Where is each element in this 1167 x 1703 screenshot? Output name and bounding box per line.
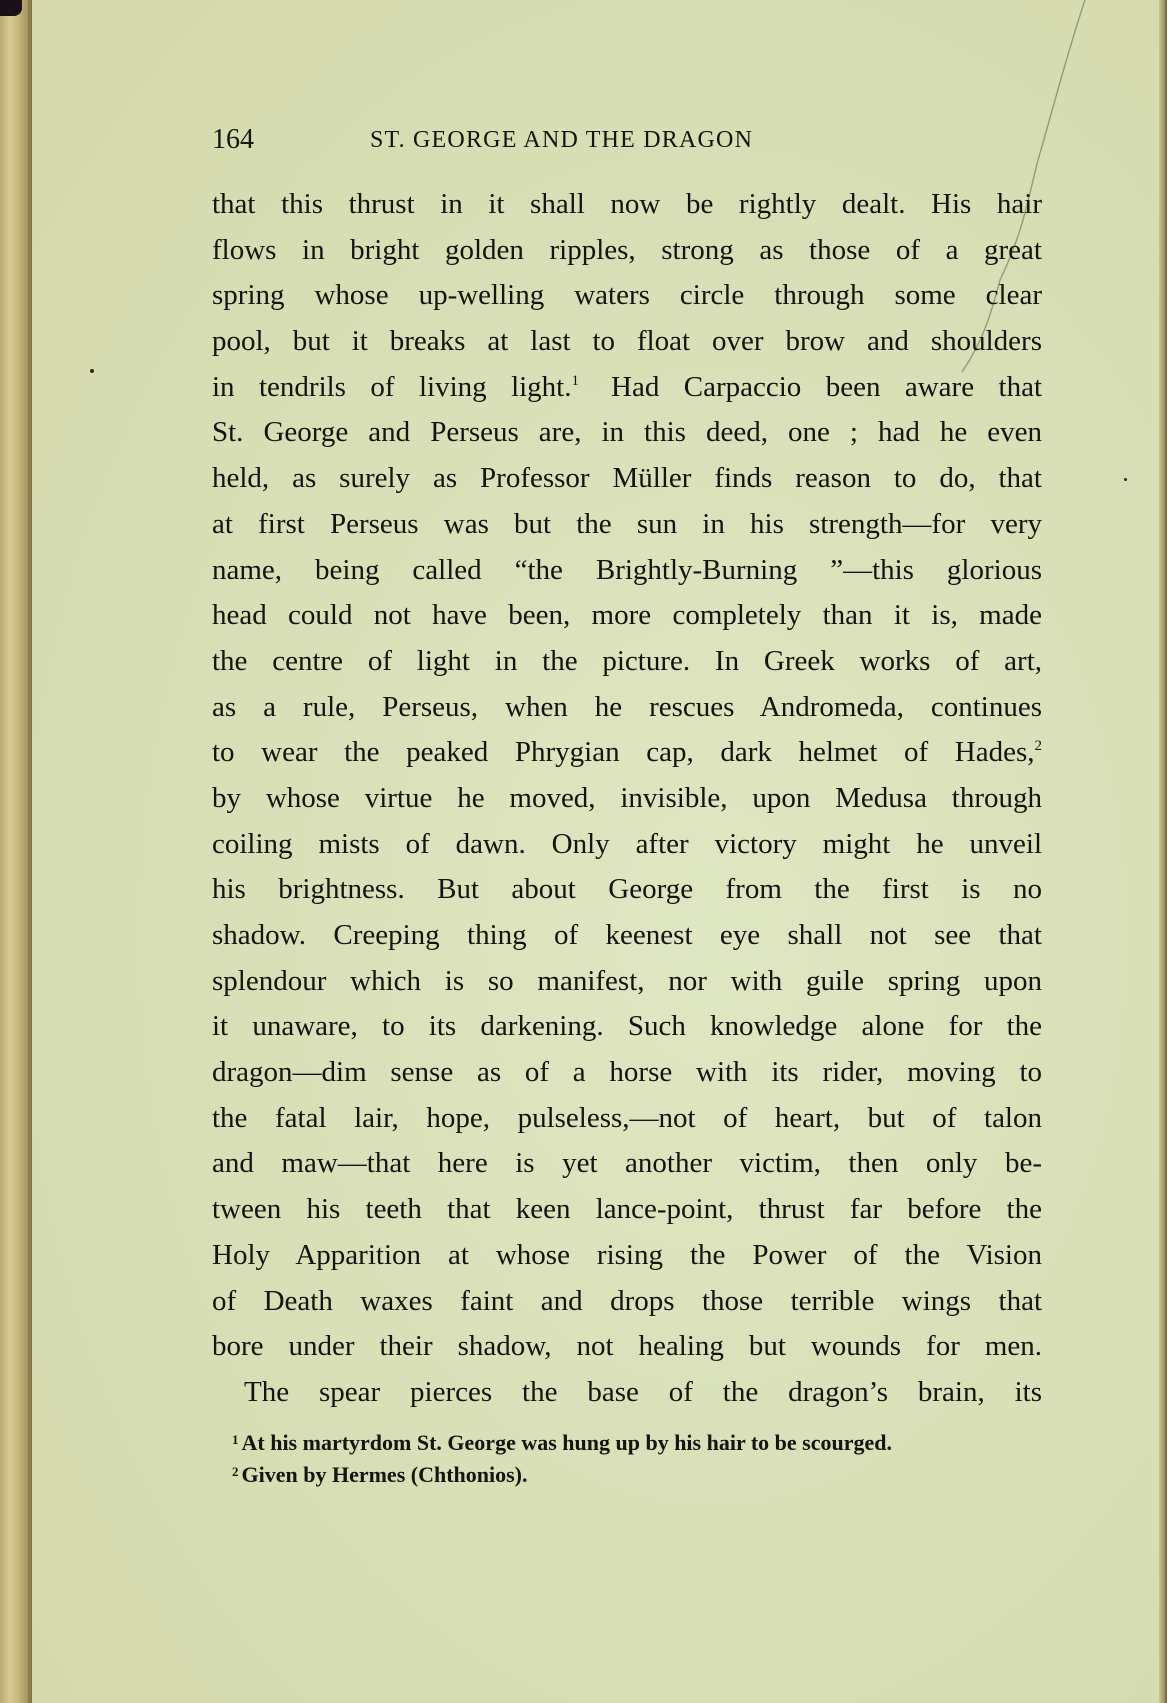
text-line: as a rule, Perseus, when he rescues Andr… bbox=[212, 685, 1042, 731]
text-line: splendour which is so manifest, nor with… bbox=[212, 959, 1042, 1005]
footnote-1: 1At his martyrdom St. George was hung up… bbox=[232, 1424, 1062, 1456]
footnote-mark: 2 bbox=[232, 1464, 239, 1479]
spine-shadow-line bbox=[28, 0, 31, 1703]
running-header: 164 ST. GEORGE AND THE DRAGON bbox=[212, 124, 972, 164]
text-line: it unaware, to its darkening. Such knowl… bbox=[212, 1004, 1042, 1050]
text-line: and maw—that here is yet another victim,… bbox=[212, 1141, 1042, 1187]
text-line: spring whose up-welling waters circle th… bbox=[212, 273, 1042, 319]
footnote-text: Given by Hermes (Chthonios). bbox=[242, 1462, 528, 1487]
body-text: that this thrust in it shall now be righ… bbox=[212, 182, 1042, 1416]
text-line: St. George and Perseus are, in this deed… bbox=[212, 410, 1042, 456]
text-line: his brightness. But about George from th… bbox=[212, 867, 1042, 913]
text-line: tween his teeth that keen lance-point, t… bbox=[212, 1187, 1042, 1233]
text-line: coiling mists of dawn. Only after victor… bbox=[212, 822, 1042, 868]
text-line: the fatal lair, hope, pulseless,—not of … bbox=[212, 1096, 1042, 1142]
footnote-ref-2[interactable]: 2 bbox=[1035, 738, 1043, 754]
text-line: flows in bright golden ripples, strong a… bbox=[212, 228, 1042, 274]
ink-speck bbox=[90, 369, 94, 373]
text-line: held, as surely as Professor Müller find… bbox=[212, 456, 1042, 502]
text-line: at first Perseus was but the sun in his … bbox=[212, 502, 1042, 548]
text-line: pool, but it breaks at last to float ove… bbox=[212, 319, 1042, 365]
footnote-mark: 1 bbox=[232, 1432, 239, 1447]
text-line: Holy Apparition at whose rising the Powe… bbox=[212, 1233, 1042, 1279]
text-line: shadow. Creeping thing of keenest eye sh… bbox=[212, 913, 1042, 959]
text-line: by whose virtue he moved, invisible, upo… bbox=[212, 776, 1042, 822]
dark-corner bbox=[0, 0, 22, 16]
text-line: of Death waxes faint and drops those ter… bbox=[212, 1279, 1042, 1325]
text-line: the centre of light in the picture. In G… bbox=[212, 639, 1042, 685]
text-line: bore under their shadow, not healing but… bbox=[212, 1324, 1042, 1370]
text-segment: Had Carpaccio been aware that bbox=[611, 371, 1042, 403]
text-line: that this thrust in it shall now be righ… bbox=[212, 182, 1042, 228]
text-line: in tendrils of living light.1Had Carpacc… bbox=[212, 365, 1042, 411]
page-number: 164 bbox=[212, 124, 254, 156]
text-segment: to wear the peaked Phrygian cap, dark he… bbox=[212, 736, 1035, 768]
footnotes: 1At his martyrdom St. George was hung up… bbox=[232, 1424, 1062, 1488]
text-line: head could not have been, more completel… bbox=[212, 593, 1042, 639]
text-line: dragon—dim sense as of a horse with its … bbox=[212, 1050, 1042, 1096]
text-line-paragraph-start: The spear pierces the base of the dragon… bbox=[212, 1370, 1042, 1416]
text-line: to wear the peaked Phrygian cap, dark he… bbox=[212, 730, 1042, 776]
text-segment: in tendrils of living light. bbox=[212, 371, 572, 403]
running-title: ST. GEORGE AND THE DRAGON bbox=[370, 127, 753, 154]
footnote-2: 2Given by Hermes (Chthonios). bbox=[232, 1456, 1062, 1488]
page-right-edge bbox=[1159, 0, 1167, 1703]
ink-speck bbox=[1124, 478, 1127, 481]
footnote-text: At his martyrdom St. George was hung up … bbox=[242, 1430, 892, 1455]
footnote-ref-1[interactable]: 1 bbox=[572, 373, 580, 389]
text-line: name, being called “the Brightly-Burning… bbox=[212, 548, 1042, 594]
